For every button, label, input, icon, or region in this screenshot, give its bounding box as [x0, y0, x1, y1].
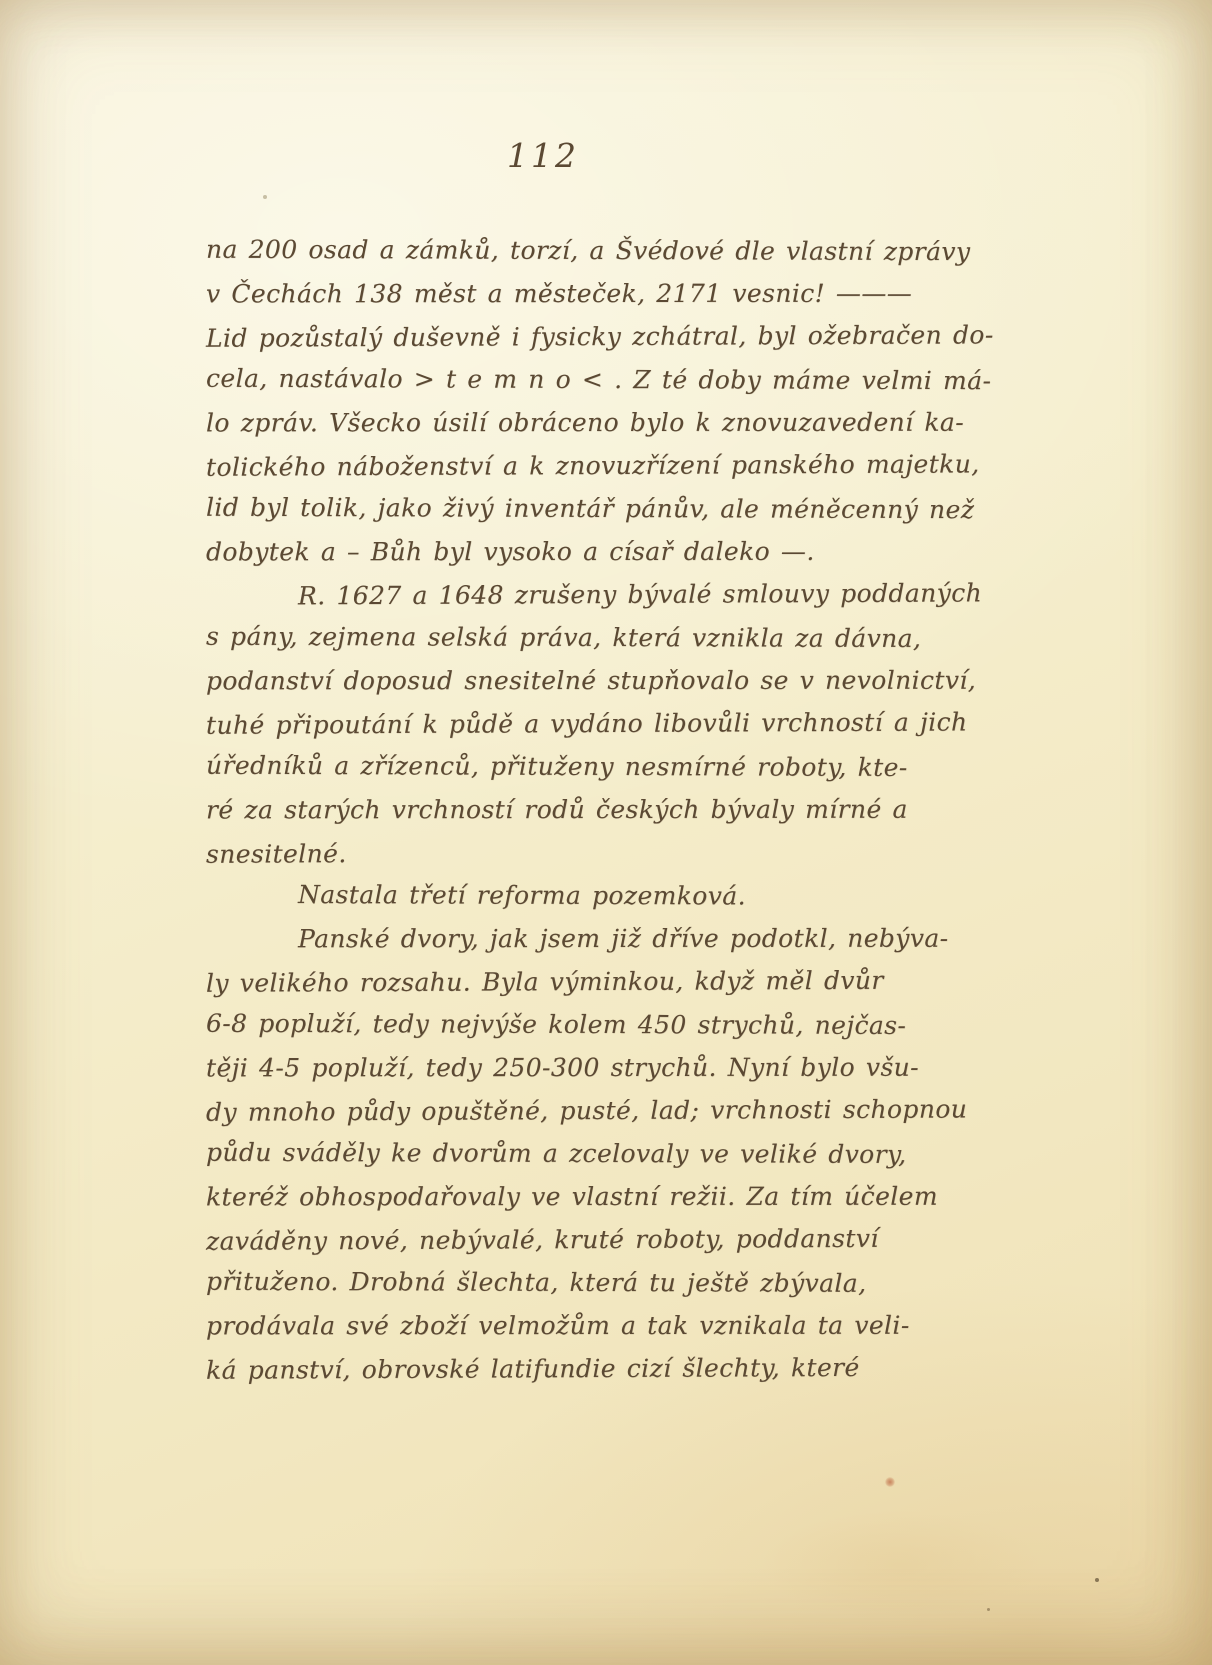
text-line: kteréž obhospodařovaly ve vlastní režii.…: [206, 1175, 1006, 1219]
paper-speck: [987, 1608, 990, 1611]
text-line: dy mnoho půdy opuštěné, pusté, lad; vrch…: [206, 1087, 1006, 1133]
manuscript-page: 112 na 200 osad a zámků, torzí, a Švédov…: [0, 0, 1212, 1665]
text-line: R. 1627 a 1648 zrušeny bývalé smlouvy po…: [206, 571, 1006, 617]
text-line: s pány, zejmena selská práva, která vzni…: [206, 615, 1006, 661]
paper-speck-red: [885, 1477, 895, 1487]
text-line: lo zpráv. Všecko úsilí obráceno bylo k z…: [206, 401, 1006, 445]
text-line: cela, nastávalo > t e m n o < . Z té dob…: [206, 357, 1006, 403]
text-line: těji 4-5 popluží, tedy 250-300 strychů. …: [206, 1046, 1006, 1090]
manuscript-text: na 200 osad a zámků, torzí, a Švédové dl…: [206, 229, 1006, 1390]
text-line: ká panství, obrovské latifundie cizí šle…: [206, 1345, 1006, 1391]
paper-stain: [760, 1510, 1040, 1620]
text-line: Panské dvory, jak jsem již dříve podotkl…: [206, 917, 1006, 961]
text-line: podanství doposud snesitelné stupňovalo …: [206, 659, 1006, 703]
text-line: Nastala třetí reforma pozemková.: [206, 873, 1006, 919]
paper-speck: [263, 195, 267, 199]
text-line: prodávala své zboží velmožům a tak vznik…: [206, 1304, 1006, 1348]
text-line: přituženo. Drobná šlechta, která tu ješt…: [206, 1260, 1006, 1306]
text-line: v Čechách 138 měst a městeček, 2171 vesn…: [206, 272, 1006, 316]
text-line: 6-8 popluží, tedy nejvýše kolem 450 stry…: [206, 1002, 1006, 1048]
text-line: na 200 osad a zámků, torzí, a Švédové dl…: [206, 228, 1006, 274]
text-line: zaváděny nové, nebývalé, kruté roboty, p…: [206, 1216, 1006, 1262]
text-line: tolického náboženství a k znovuzřízení p…: [206, 442, 1006, 488]
text-line: dobytek a – Bůh byl vysoko a císař dalek…: [206, 530, 1006, 574]
text-line: úředníků a zřízenců, přituženy nesmírné …: [206, 744, 1006, 790]
paper-speck: [1095, 1578, 1099, 1582]
text-line: ré za starých vrchností rodů českých býv…: [206, 788, 1006, 832]
text-line: Lid pozůstalý duševně i fysicky zchátral…: [206, 313, 1006, 359]
text-line: půdu sváděly ke dvorům a zcelovaly ve ve…: [206, 1131, 1006, 1177]
page-number: 112: [498, 136, 588, 175]
text-line: ly velikého rozsahu. Byla výminkou, když…: [206, 958, 1006, 1004]
text-line: snesitelné.: [206, 829, 1006, 875]
text-line: lid byl tolik, jako živý inventář pánův,…: [206, 486, 1006, 532]
text-line: tuhé připoutání k půdě a vydáno libovůli…: [206, 700, 1006, 746]
